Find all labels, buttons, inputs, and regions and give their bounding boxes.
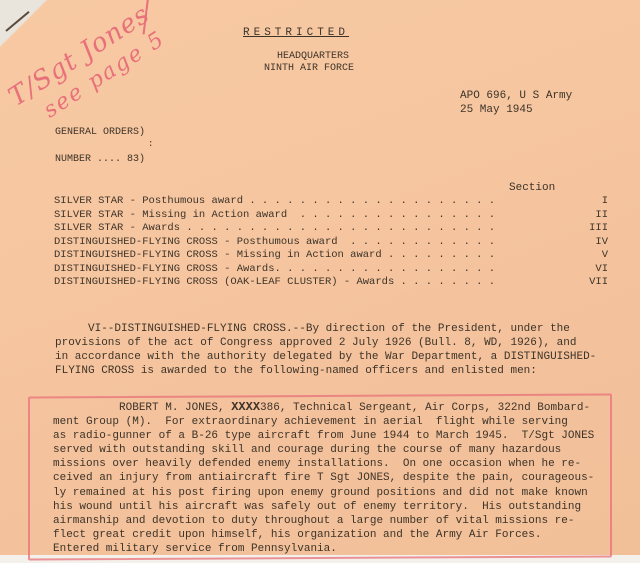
toc-section-header: Section xyxy=(509,182,555,195)
document-page: T/Sgt Jones see page 5 RESTRICTED HEADQU… xyxy=(0,0,640,555)
citation-line: ly remained at his post firing upon enem… xyxy=(53,486,613,500)
toc-section: II xyxy=(578,209,608,223)
paragraph-line: provisions of the act of Congress approv… xyxy=(55,336,635,350)
toc-section: IV xyxy=(578,236,608,250)
citation-line: his wound until his aircraft was safely … xyxy=(53,500,613,514)
general-orders-label: GENERAL ORDERS) xyxy=(55,126,145,139)
toc-label: SILVER STAR - Posthumous award . . . . .… xyxy=(54,195,495,207)
toc-row: DISTINGUISHED-FLYING CROSS - Missing in … xyxy=(54,249,554,263)
paragraph-line: FLYING CROSS is awarded to the following… xyxy=(55,364,635,378)
toc-label: DISTINGUISHED-FLYING CROSS - Awards. . .… xyxy=(54,263,495,275)
paragraph-line: VI--DISTINGUISHED-FLYING CROSS.--By dire… xyxy=(55,322,635,336)
toc-label: SILVER STAR - Awards . . . . . . . . . .… xyxy=(54,222,495,234)
recipient-name: ROBERT M. JONES, xyxy=(53,402,231,414)
citation-line: airmanship and devotion to duty througho… xyxy=(53,514,613,528)
document-date: 25 May 1945 xyxy=(460,104,533,117)
citation-name-line: ROBERT M. JONES, XXXX386, Technical Serg… xyxy=(53,400,613,415)
order-number: NUMBER .... 83) xyxy=(55,153,145,166)
toc-row: DISTINGUISHED-FLYING CROSS (OAK-LEAF CLU… xyxy=(54,276,554,290)
toc-section: I xyxy=(578,195,608,209)
handwritten-annotation: T/Sgt Jones see page 5 xyxy=(0,0,209,146)
toc-row: DISTINGUISHED-FLYING CROSS - Awards. . .… xyxy=(54,263,554,277)
table-of-contents: SILVER STAR - Posthumous award . . . . .… xyxy=(54,195,554,290)
citation-line: ceived an injury from antiaircraft fire … xyxy=(53,471,613,485)
citation-line: served with outstanding skill and courag… xyxy=(53,443,613,457)
citation-line: ment Group (M). For extraordinary achiev… xyxy=(53,415,613,429)
toc-row: DISTINGUISHED-FLYING CROSS - Posthumous … xyxy=(54,236,554,250)
toc-row: SILVER STAR - Posthumous award . . . . .… xyxy=(54,195,554,209)
citation-line: Entered military service from Pennsylvan… xyxy=(53,542,613,556)
toc-row: SILVER STAR - Missing in Action award . … xyxy=(54,209,554,223)
toc-row: SILVER STAR - Awards . . . . . . . . . .… xyxy=(54,222,554,236)
toc-label: DISTINGUISHED-FLYING CROSS - Missing in … xyxy=(54,249,495,261)
citation-line: as radio-gunner of a B-26 type aircraft … xyxy=(53,429,613,443)
citation-line: missions over heavily defended enemy ins… xyxy=(53,457,613,471)
toc-label: SILVER STAR - Missing in Action award . … xyxy=(54,209,495,221)
paragraph-line: in accordance with the authority delegat… xyxy=(55,350,635,364)
citation-line: flect great credit upon himself, his org… xyxy=(53,528,613,542)
section-vi-intro: VI--DISTINGUISHED-FLYING CROSS.--By dire… xyxy=(55,322,635,378)
toc-section: VII xyxy=(578,276,608,290)
general-orders-colon: : xyxy=(148,140,153,149)
toc-label: DISTINGUISHED-FLYING CROSS (OAK-LEAF CLU… xyxy=(54,276,495,288)
toc-section: III xyxy=(578,222,608,236)
location: APO 696, U S Army xyxy=(460,90,572,103)
citation-paragraph: ROBERT M. JONES, XXXX386, Technical Serg… xyxy=(53,400,613,556)
classification-heading: RESTRICTED xyxy=(243,27,349,40)
toc-section: VI xyxy=(578,263,608,277)
toc-section: V xyxy=(578,249,608,263)
redacted-serial: XXXX xyxy=(231,400,260,414)
org-line-2: NINTH AIR FORCE xyxy=(264,62,354,75)
toc-label: DISTINGUISHED-FLYING CROSS - Posthumous … xyxy=(54,236,495,248)
recipient-details: 386, Technical Sergeant, Air Corps, 322n… xyxy=(260,402,590,414)
